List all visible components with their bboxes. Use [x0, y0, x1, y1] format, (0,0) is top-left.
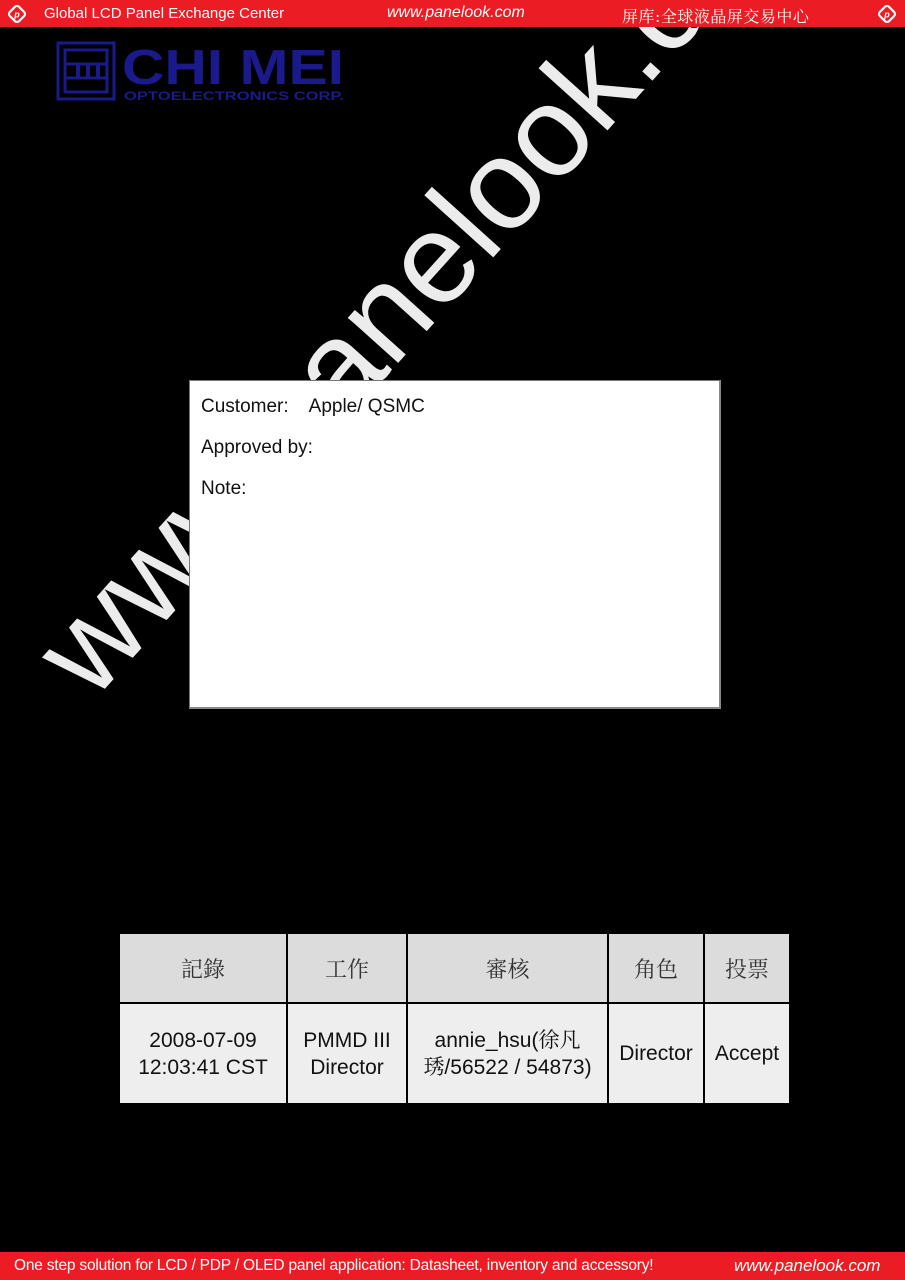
- footer-site-link[interactable]: www.panelook.com: [734, 1256, 880, 1276]
- chi-mei-logo: CHI MEI OPTOELECTRONICS CORP.: [56, 40, 348, 102]
- header-chinese-tagline: 屏库:全球液晶屏交易中心: [622, 4, 809, 27]
- doc-number-clip: Doc No.: 44084099: [0, 27, 905, 47]
- header-tagline: Global LCD Panel Exchange Center: [44, 5, 284, 22]
- approved-by-label: Approved by:: [201, 437, 313, 459]
- header-review: 審核: [408, 934, 607, 1002]
- customer-row: Customer:Apple/ QSMC: [201, 396, 425, 418]
- svg-text:p: p: [883, 10, 890, 20]
- panelook-logo-icon: p: [7, 4, 27, 24]
- header-bar: p Global LCD Panel Exchange Center www.p…: [0, 0, 905, 27]
- cell-task: PMMD III Director: [288, 1004, 406, 1103]
- cell-reviewer: annie_hsu(徐凡琇/56522 / 54873): [408, 1004, 607, 1103]
- header-site-link[interactable]: www.panelook.com: [387, 4, 525, 22]
- panelook-logo-icon: p: [877, 4, 897, 24]
- table-header-row: 記錄 工作 審核 角色 投票: [120, 934, 789, 1002]
- header-task: 工作: [288, 934, 406, 1002]
- doc-number: Doc No.: 44084099: [690, 27, 811, 31]
- header-vote: 投票: [705, 934, 789, 1002]
- logo-subtitle: OPTOELECTRONICS CORP.: [124, 89, 344, 102]
- svg-text:p: p: [13, 10, 20, 20]
- note-label: Note:: [201, 478, 246, 500]
- approval-info-card: Customer:Apple/ QSMC Approved by: Note:: [189, 380, 721, 709]
- cell-vote: Accept: [705, 1004, 789, 1103]
- logo-text: CHI MEI: [122, 41, 344, 95]
- footer-message: One step solution for LCD / PDP / OLED p…: [14, 1257, 653, 1275]
- customer-value: Apple/ QSMC: [309, 396, 425, 417]
- approval-table: 記錄 工作 審核 角色 投票 2008-07-09 12:03:41 CST P…: [118, 932, 791, 1105]
- footer-bar: One step solution for LCD / PDP / OLED p…: [0, 1252, 905, 1280]
- customer-label: Customer:: [201, 396, 289, 417]
- cell-role: Director: [609, 1004, 703, 1103]
- cell-record: 2008-07-09 12:03:41 CST: [120, 1004, 286, 1103]
- table-row: 2008-07-09 12:03:41 CST PMMD III Directo…: [120, 1004, 789, 1103]
- header-record: 記錄: [120, 934, 286, 1002]
- header-role: 角色: [609, 934, 703, 1002]
